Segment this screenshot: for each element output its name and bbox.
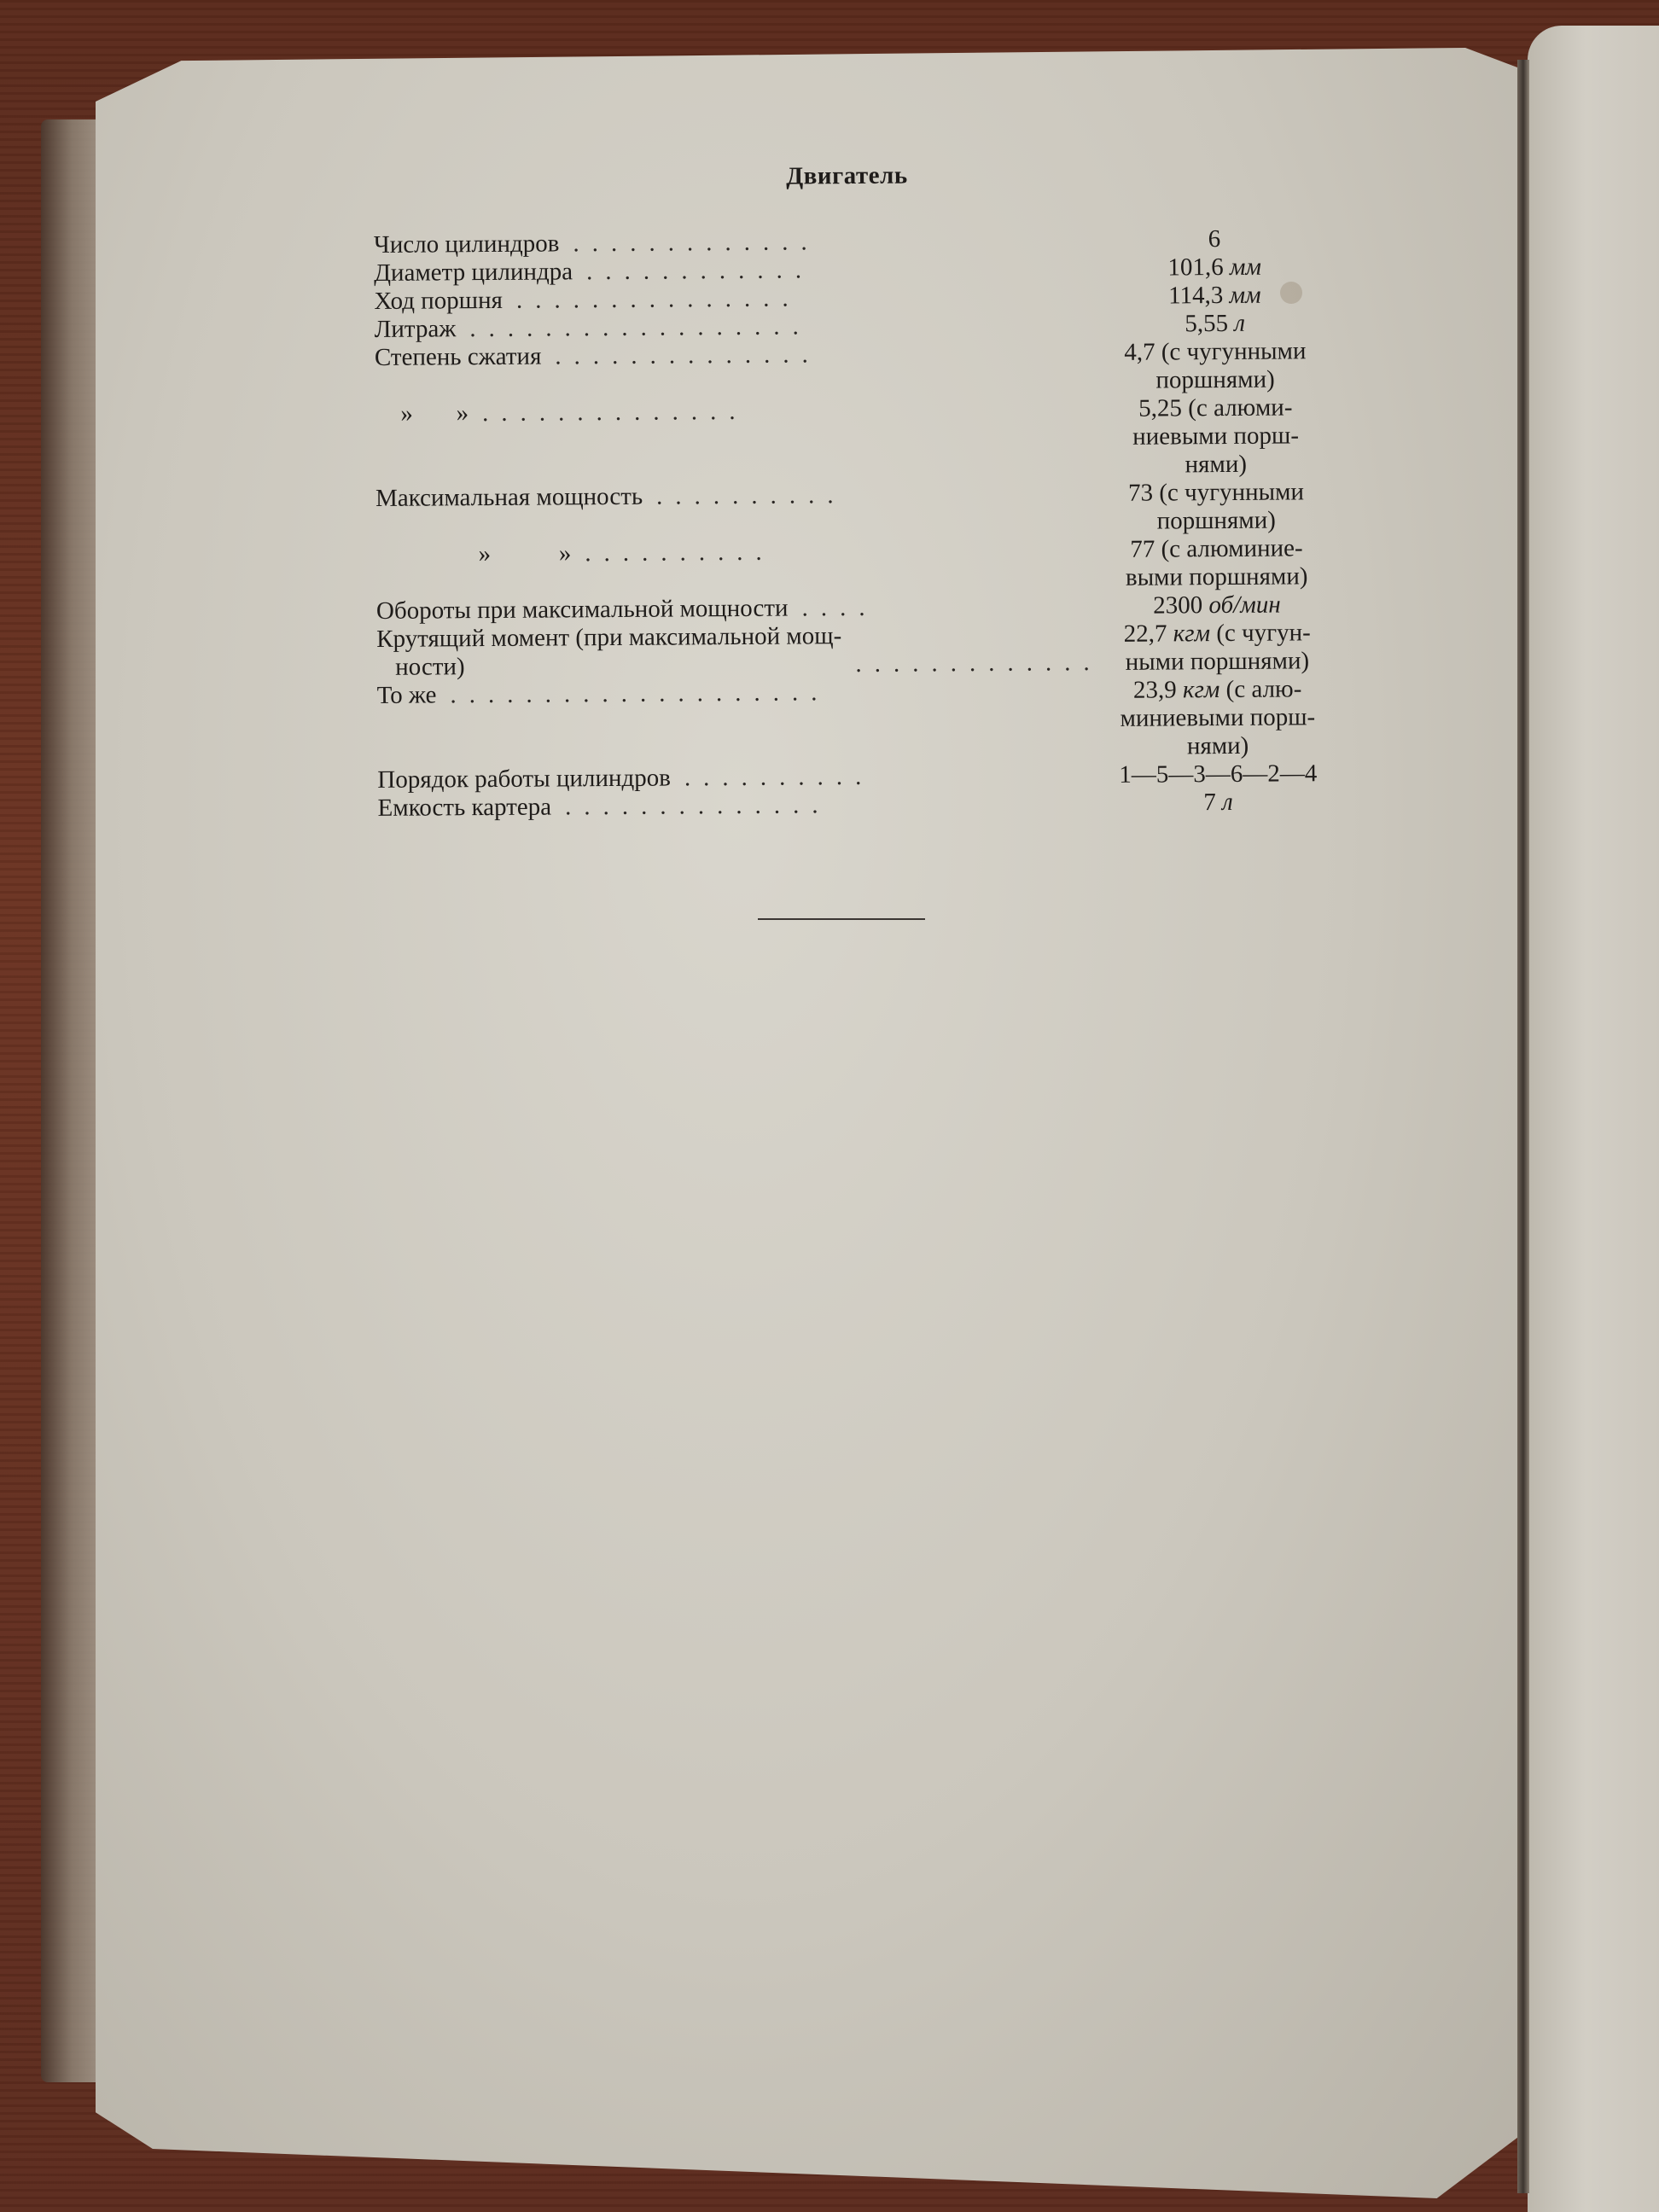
spec-value: 1—5—3—6—2—4 — [1094, 760, 1342, 789]
unit: л — [1222, 789, 1233, 816]
spec-value: 101,6 мм — [1091, 253, 1338, 282]
spec-label: Крутящий момент (при максимальной мощ- н… — [376, 622, 841, 682]
leader-dots: .............. — [551, 789, 1095, 821]
unit: мм — [1230, 282, 1261, 309]
spec-label: Емкость картера — [377, 794, 551, 823]
spec-label: То же — [377, 681, 437, 709]
leader-dots: ................... — [841, 620, 1093, 678]
facing-page — [1528, 26, 1659, 2212]
spec-row: Максимальная мощность..........73 (с чуг… — [375, 478, 1340, 541]
engine-spec-block: Двигатель Число цилиндров.............6Д… — [373, 159, 1342, 823]
spec-label: Ход поршня — [374, 287, 503, 316]
spec-value: 114,3 мм — [1091, 281, 1338, 311]
section-title: Двигатель — [373, 159, 1337, 194]
leader-dots: .............. — [469, 395, 1091, 428]
spec-value: 7 л — [1094, 788, 1342, 818]
spec-label: » » — [375, 399, 469, 428]
spec-row: » »..........77 (с алюминие- выми поршня… — [375, 534, 1340, 597]
spec-value: 5,25 (с алюми- ниевыми порш- нями) — [1091, 393, 1340, 480]
spec-value: 5,55 л — [1091, 309, 1339, 339]
spec-value: 77 (с алюминие- выми поршнями) — [1092, 534, 1340, 592]
leader-dots: .... — [788, 592, 1093, 622]
leader-dots: .......... — [643, 480, 1092, 511]
spec-row: » »..............5,25 (с алюми- ниевыми … — [375, 393, 1340, 485]
spec-value: 2300 об/мин — [1093, 591, 1341, 620]
leader-dots: ............. — [559, 226, 1091, 258]
page-gutter — [1517, 60, 1529, 2193]
spec-label: Порядок работы цилиндров — [377, 765, 671, 795]
spec-label: Число цилиндров — [374, 230, 560, 259]
unit: кгм — [1183, 676, 1220, 703]
leader-dots: .......... — [671, 761, 1095, 792]
leader-dots: .................. — [456, 311, 1091, 343]
leader-dots: ............... — [503, 282, 1091, 315]
unit: л — [1234, 310, 1245, 337]
spec-row: То же....................23,9 кгм (с алю… — [377, 675, 1342, 766]
spec-value: 4,7 (с чугунными поршнями) — [1091, 337, 1339, 395]
spec-label: Литраж — [375, 315, 457, 344]
spec-list: Число цилиндров.............6Диаметр цил… — [374, 224, 1342, 823]
unit: об/мин — [1208, 591, 1280, 620]
unit: мм — [1230, 253, 1261, 281]
spec-label: Максимальная мощность — [375, 483, 643, 513]
leader-dots: ............ — [573, 254, 1091, 286]
spec-label: Обороты при максимальной мощности — [376, 595, 789, 626]
spec-row: Степень сжатия..............4,7 (с чугун… — [375, 337, 1339, 400]
leader-dots: .................... — [436, 677, 1093, 709]
spec-label: » » — [375, 539, 571, 569]
leader-dots: .......... — [571, 536, 1092, 568]
leader-dots: .............. — [541, 339, 1091, 370]
spec-row: Крутящий момент (при максимальной мощ- н… — [376, 619, 1341, 682]
spec-label: Степень сжатия — [375, 343, 542, 372]
spec-label: Диаметр цилиндра — [374, 258, 573, 288]
spec-value: 6 — [1091, 224, 1338, 254]
section-divider — [758, 918, 925, 920]
spec-value: 22,7 кгм (с чугун- ными поршнями) — [1093, 619, 1341, 677]
spec-value: 73 (с чугунными поршнями) — [1092, 478, 1340, 536]
spec-value: 23,9 кгм (с алю- миниевыми порш- нями) — [1094, 675, 1342, 761]
unit: кгм — [1173, 620, 1211, 647]
